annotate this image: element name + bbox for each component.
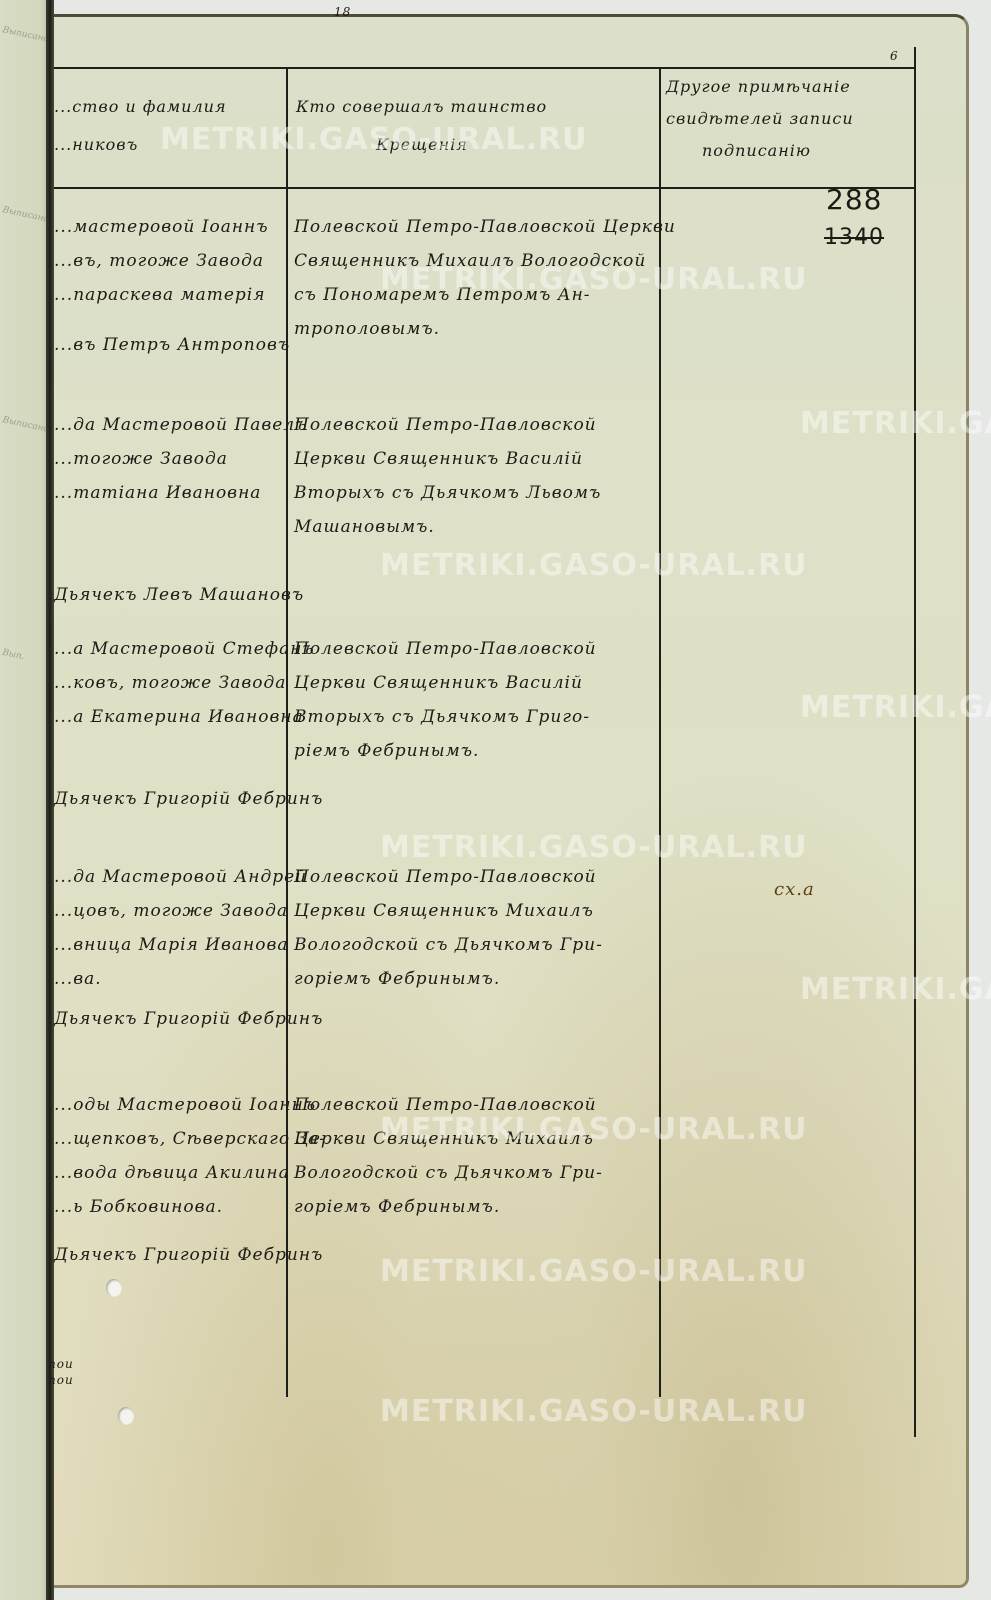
entry-2-parents-line3: ...татіана Ивановна bbox=[54, 483, 261, 503]
entry-3-parents-line1: ...а Мастеровой Стефанъ bbox=[54, 639, 315, 659]
header-col1-line1: ...ство и фамилия bbox=[54, 97, 227, 116]
entry-1-clergy-line2: Священникъ Михаилъ Вологодской bbox=[294, 251, 646, 271]
entry-2-witness: Дьячекъ Левъ Машановъ bbox=[54, 585, 304, 605]
entry-5-clergy-line1: Полевской Петро-Павловской bbox=[294, 1095, 597, 1115]
entry-5-parents-line3: ...вода дѣвица Акилина bbox=[54, 1163, 290, 1183]
column-divider-1 bbox=[286, 67, 288, 1397]
entry-4-clergy-line1: Полевской Петро-Павловской bbox=[294, 867, 597, 887]
entry-4-parents-line4: ...ва. bbox=[54, 969, 102, 989]
entry-1-witness: ...въ Петръ Антроповъ bbox=[54, 335, 290, 355]
entry-4-clergy-line3: Вологодской съ Дьячкомъ Гри- bbox=[294, 935, 603, 955]
header-col3-line3: подписанію bbox=[702, 141, 811, 160]
binding-hole bbox=[118, 1407, 134, 1425]
entry-3-clergy-line3: Вторыхъ съ Дьячкомъ Григо- bbox=[294, 707, 590, 727]
column-divider-3 bbox=[914, 47, 916, 1437]
register-page: 18 6 ...ство и фамилия ...никовъ Кто сов… bbox=[54, 14, 969, 1588]
header-col3-line2: свидѣтелей записи bbox=[666, 109, 854, 128]
entry-1-clergy-line1: Полевской Петро-Павловской Церкви bbox=[294, 217, 676, 237]
previous-page-edge: Выписано Выписано Выписано Вып. bbox=[0, 0, 52, 1600]
entry-4-parents-line1: ...да Мастеровой Андрей bbox=[54, 867, 307, 887]
entry-2-clergy-line1: Полевской Петро-Павловской bbox=[294, 415, 597, 435]
page-number-top: 18 bbox=[334, 5, 351, 19]
footer-note-line2: пои bbox=[48, 1373, 74, 1387]
entry-5-parents-line1: ...оды Мастеровой Іоаннъ bbox=[54, 1095, 316, 1115]
margin-note: Выписано bbox=[1, 415, 49, 435]
entry-2-clergy-line3: Вторыхъ съ Дьячкомъ Львомъ bbox=[294, 483, 601, 503]
entry-3-parents-line3: ...а Екатерина Ивановна bbox=[54, 707, 304, 727]
entry-5-parents-line4: ...ь Бобковинова. bbox=[54, 1197, 223, 1217]
entry-4-parents-line3: ...вница Марія Иванова bbox=[54, 935, 289, 955]
column-divider-2 bbox=[659, 67, 661, 1397]
entry-1-clergy-line3: съ Пономаремъ Петромъ Ан- bbox=[294, 285, 591, 305]
entry-2-parents-line1: ...да Мастеровой Павелъ bbox=[54, 415, 307, 435]
header-col2-line1: Кто совершалъ таинство bbox=[296, 97, 547, 116]
entry-3-clergy-line2: Церкви Священникъ Василій bbox=[294, 673, 583, 693]
entry-5-clergy-line2: Церкви Священникъ Михаилъ bbox=[294, 1129, 594, 1149]
entry-3-parents-line2: ...ковъ, тогоже Завода bbox=[54, 673, 286, 693]
margin-note: Вып. bbox=[1, 648, 25, 662]
entry-1-parents-line3: ...параскева матерія bbox=[54, 285, 265, 305]
entry-5-witness: Дьячекъ Григорій Фебринъ bbox=[54, 1245, 323, 1265]
header-col3-line1: Другое примѣчаніе bbox=[666, 77, 851, 96]
entry-3-witness: Дьячекъ Григорій Фебринъ bbox=[54, 789, 323, 809]
header-col1-line2: ...никовъ bbox=[54, 135, 138, 154]
entry-5-clergy-line4: горіемъ Фебринымъ. bbox=[294, 1197, 500, 1217]
header-top-rule bbox=[54, 67, 914, 69]
entry-1-parents-line2: ...въ, тогоже Завода bbox=[54, 251, 264, 271]
entry-4-clergy-line4: горіемъ Фебринымъ. bbox=[294, 969, 500, 989]
entry-3-clergy-line1: Полевской Петро-Павловской bbox=[294, 639, 597, 659]
folio-number-struck: 1340 bbox=[824, 225, 884, 250]
margin-note: Выписано bbox=[1, 25, 49, 45]
entry-1-parents-line1: ...мастеровой Іоаннъ bbox=[54, 217, 269, 237]
entry-2-clergy-line4: Машановымъ. bbox=[294, 517, 435, 537]
entry-5-parents-line2: ...щепковъ, Сѣверскаго За- bbox=[54, 1129, 326, 1149]
entry-2-clergy-line2: Церкви Священникъ Василій bbox=[294, 449, 583, 469]
margin-note: Выписано bbox=[1, 205, 49, 225]
footer-note-line1: пои bbox=[48, 1357, 74, 1371]
entry-4-clergy-line2: Церкви Священникъ Михаилъ bbox=[294, 901, 594, 921]
binding-hole bbox=[106, 1279, 122, 1297]
entry-4-margin-note: сх.а bbox=[774, 879, 815, 900]
entry-2-parents-line2: ...тогоже Завода bbox=[54, 449, 228, 469]
entry-4-parents-line2: ...цовъ, тогоже Завода bbox=[54, 901, 288, 921]
folio-number: 288 bbox=[826, 183, 882, 216]
entry-1-clergy-line4: трополовымъ. bbox=[294, 319, 440, 339]
entry-3-clergy-line4: ріемъ Фебринымъ. bbox=[294, 741, 479, 761]
entry-4-witness: Дьячекъ Григорій Фебринъ bbox=[54, 1009, 323, 1029]
header-bottom-rule bbox=[54, 187, 914, 189]
sheet-number: 6 bbox=[890, 49, 899, 63]
header-col2-line2: Крещенія bbox=[376, 135, 468, 154]
entry-5-clergy-line3: Вологодской съ Дьячкомъ Гри- bbox=[294, 1163, 603, 1183]
